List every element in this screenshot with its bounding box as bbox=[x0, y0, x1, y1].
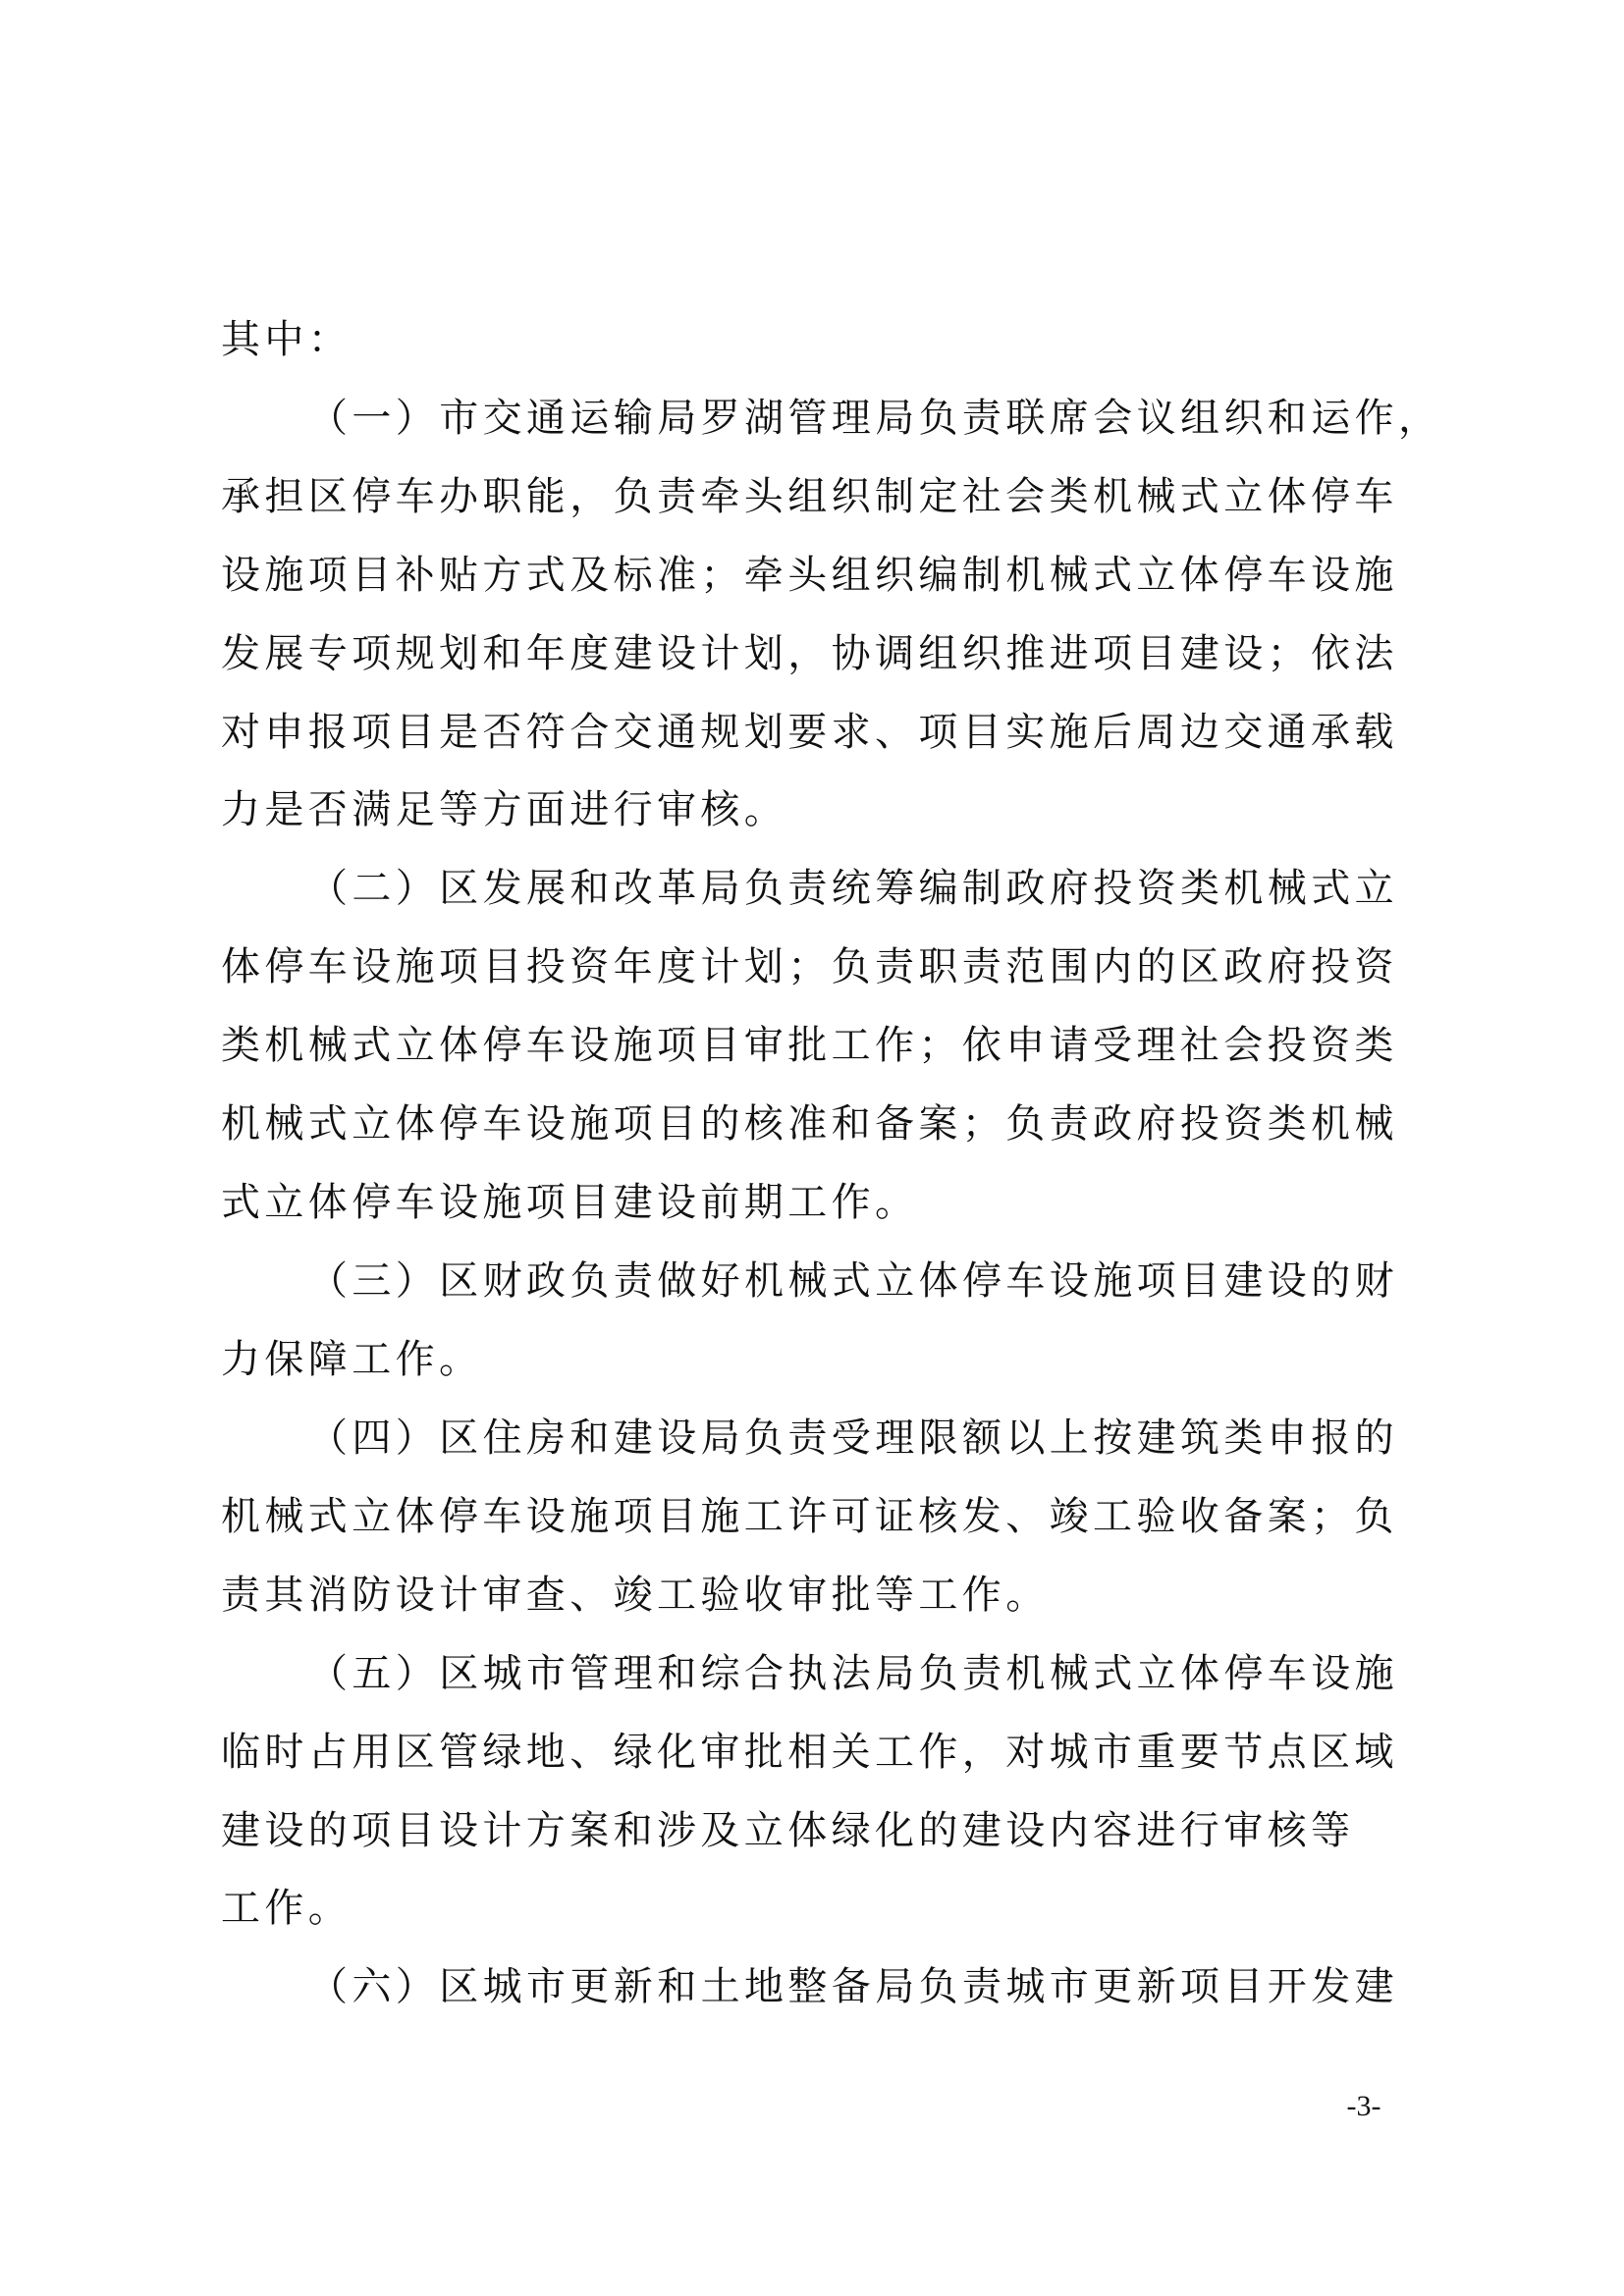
paragraph-line: 类机械式立体停车设施项目审批工作；依申请受理社会投资类 bbox=[221, 1024, 1398, 1067]
page-number: -3- bbox=[1331, 2087, 1396, 2126]
paragraph-line: 建设的项目设计方案和涉及立体绿化的建设内容进行审核等 bbox=[221, 1809, 1354, 1852]
paragraph-line: 力是否满足等方面进行审核。 bbox=[221, 788, 787, 831]
paragraph-line: 工作。 bbox=[221, 1887, 352, 1930]
document-page: 其中： （一）市交通运输局罗湖管理局负责联席会议组织和运作， 承担区停车办职能，… bbox=[0, 0, 1624, 2296]
paragraph-line: 发展专项规划和年度建设计划，协调组织推进项目建设；依法 bbox=[221, 632, 1398, 675]
paragraph-line: 机械式立体停车设施项目施工许可证核发、竣工验收备案；负 bbox=[221, 1495, 1398, 1538]
paragraph-line: 责其消防设计审查、竣工验收审批等工作。 bbox=[221, 1574, 1050, 1617]
paragraph-line: （一）市交通运输局罗湖管理局负责联席会议组织和运作， bbox=[308, 397, 1441, 440]
paragraph-line: 临时占用区管绿地、绿化审批相关工作，对城市重要节点区域 bbox=[221, 1731, 1398, 1774]
paragraph-line: 式立体停车设施项目建设前期工作。 bbox=[221, 1181, 918, 1224]
paragraph-line: 承担区停车办职能，负责牵头组织制定社会类机械式立体停车 bbox=[221, 475, 1398, 518]
paragraph-line: 对申报项目是否符合交通规划要求、项目实施后周边交通承载 bbox=[221, 711, 1398, 754]
paragraph-line: 机械式立体停车设施项目的核准和备案；负责政府投资类机械 bbox=[221, 1102, 1398, 1146]
paragraph-line: 力保障工作。 bbox=[221, 1338, 482, 1381]
paragraph-line: 设施项目补贴方式及标准；牵头组织编制机械式立体停车设施 bbox=[221, 554, 1398, 597]
paragraph-line: （六）区城市更新和土地整备局负责城市更新项目开发建 bbox=[308, 1965, 1398, 2008]
intro-line: 其中： bbox=[221, 318, 352, 361]
paragraph-line: （三）区财政负责做好机械式立体停车设施项目建设的财 bbox=[308, 1259, 1398, 1303]
paragraph-line: （四）区住房和建设局负责受理限额以上按建筑类申报的 bbox=[308, 1416, 1398, 1460]
paragraph-line: （二）区发展和改革局负责统筹编制政府投资类机械式立 bbox=[308, 867, 1398, 910]
paragraph-line: （五）区城市管理和综合执法局负责机械式立体停车设施 bbox=[308, 1652, 1398, 1695]
paragraph-line: 体停车设施项目投资年度计划；负责职责范围内的区政府投资 bbox=[221, 945, 1398, 988]
